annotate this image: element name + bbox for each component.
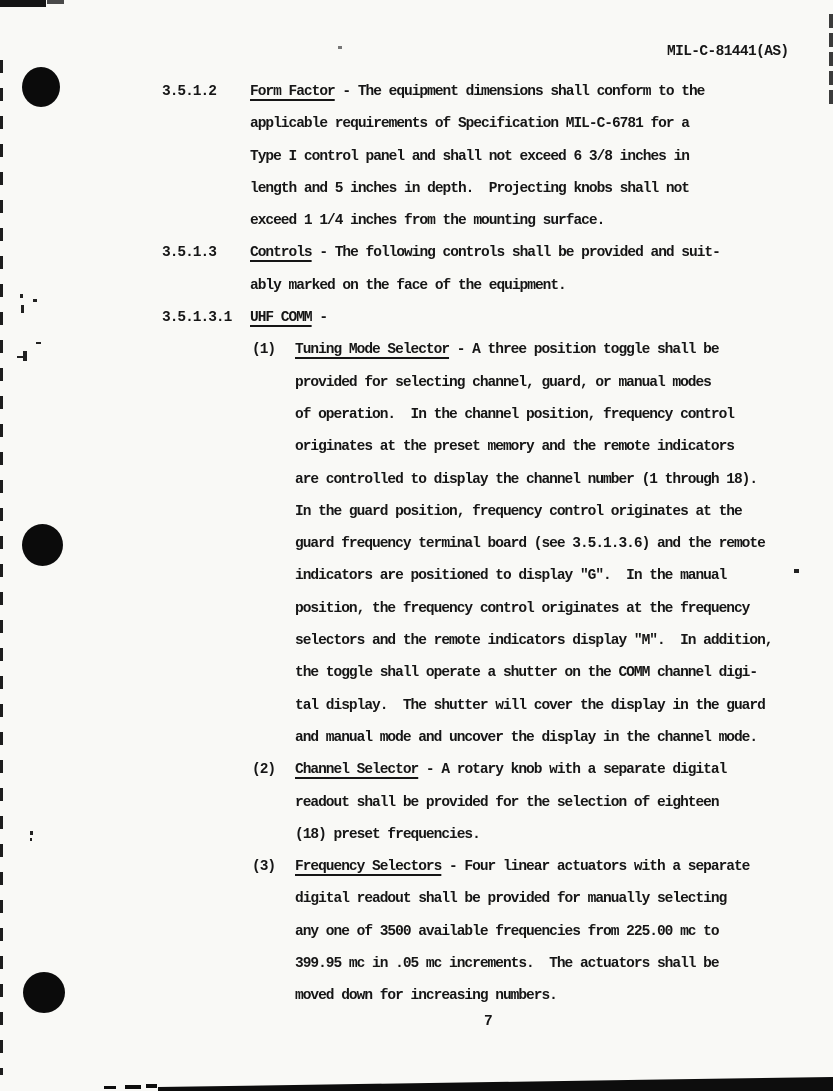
section-number: 3.5.1.2: [162, 76, 250, 237]
text-line: applicable requirements of Specification…: [250, 108, 802, 140]
list-item-title-rest: - Four linear actuators with a separate: [441, 859, 749, 875]
section-form-factor: 3.5.1.2 Form Factor - The equipment dime…: [162, 76, 802, 237]
text-line: selectors and the remote indicators disp…: [295, 625, 802, 657]
text-line: Frequency Selectors - Four linear actuat…: [295, 851, 802, 883]
text-line: position, the frequency control originat…: [295, 593, 802, 625]
text-line: any one of 3500 available frequencies fr…: [295, 916, 802, 948]
list-item-text: Channel Selector - A rotary knob with a …: [295, 754, 802, 851]
section-number: 3.5.1.3: [162, 237, 250, 302]
scan-artifact-top-bar: [0, 0, 46, 7]
document-body: 3.5.1.2 Form Factor - The equipment dime…: [162, 76, 802, 1013]
numbered-list: (1) Tuning Mode Selector - A three posit…: [252, 334, 802, 1012]
text-line: Tuning Mode Selector - A three position …: [295, 334, 802, 366]
section-title: Controls: [250, 245, 312, 261]
text-line: are controlled to display the channel nu…: [295, 464, 802, 496]
list-item-title: Channel Selector: [295, 762, 418, 778]
scan-speck: [33, 299, 37, 302]
text-line: Channel Selector - A rotary knob with a …: [295, 754, 802, 786]
section-title-rest: - The following controls shall be provid…: [312, 245, 720, 261]
section-title: Form Factor: [250, 84, 335, 100]
hole-punch-icon: [22, 67, 60, 107]
scan-speck: [20, 294, 23, 298]
text-line: Controls - The following controls shall …: [250, 237, 802, 269]
hole-punch-icon: [22, 524, 63, 566]
text-line: ably marked on the face of the equipment…: [250, 270, 802, 302]
list-item-text: Tuning Mode Selector - A three position …: [295, 334, 802, 754]
text-line: (18) preset frequencies.: [295, 819, 802, 851]
section-title: UHF COMM: [250, 310, 312, 326]
scan-speck: [30, 831, 33, 835]
text-line: guard frequency terminal board (see 3.5.…: [295, 528, 802, 560]
text-line: Type I control panel and shall not excee…: [250, 141, 802, 173]
text-line: exceed 1 1/4 inches from the mounting su…: [250, 205, 802, 237]
text-line: length and 5 inches in depth. Projecting…: [250, 173, 802, 205]
text-line: provided for selecting channel, guard, o…: [295, 367, 802, 399]
list-item-title: Tuning Mode Selector: [295, 342, 449, 358]
list-item-title: Frequency Selectors: [295, 859, 441, 875]
text-line: In the guard position, frequency control…: [295, 496, 802, 528]
text-line: indicators are positioned to display "G"…: [295, 560, 802, 592]
section-number: 3.5.1.3.1: [162, 302, 250, 334]
text-line: 399.95 mc in .05 mc increments. The actu…: [295, 948, 802, 980]
scanned-document-page: MIL-C-81441(AS) 3.5.1.2 Form Factor - Th…: [0, 0, 833, 1091]
section-text: Controls - The following controls shall …: [250, 237, 802, 302]
section-uhf-comm: 3.5.1.3.1 UHF COMM -: [162, 302, 802, 334]
list-item-marker: (3): [252, 851, 295, 1012]
text-line: digital readout shall be provided for ma…: [295, 883, 802, 915]
right-edge-dashed-line: [829, 14, 833, 106]
scan-speck: [23, 351, 27, 361]
scan-speck: [36, 342, 41, 344]
list-item-title-rest: - A three position toggle shall be: [449, 342, 719, 358]
list-item-channel-selector: (2) Channel Selector - A rotary knob wit…: [252, 754, 802, 851]
text-line: originates at the preset memory and the …: [295, 431, 802, 463]
scan-artifact-bottom-bar: [0, 1070, 833, 1091]
left-edge-dashed-line: [0, 60, 3, 1075]
scan-speck: [21, 305, 24, 313]
scan-artifact-top-bar-fragment: [47, 0, 64, 4]
section-title-rest: -: [312, 310, 327, 326]
text-line: tal display. The shutter will cover the …: [295, 690, 802, 722]
text-line: and manual mode and uncover the display …: [295, 722, 802, 754]
text-line: of operation. In the channel position, f…: [295, 399, 802, 431]
section-title-rest: - The equipment dimensions shall conform…: [335, 84, 705, 100]
text-line: readout shall be provided for the select…: [295, 787, 802, 819]
section-text: Form Factor - The equipment dimensions s…: [250, 76, 802, 237]
list-item-frequency-selectors: (3) Frequency Selectors - Four linear ac…: [252, 851, 802, 1012]
scan-speck: [30, 838, 32, 841]
list-item-marker: (1): [252, 334, 295, 754]
list-item-marker: (2): [252, 754, 295, 851]
text-line: Form Factor - The equipment dimensions s…: [250, 76, 802, 108]
text-line: UHF COMM -: [250, 302, 802, 334]
page-number: 7: [484, 1012, 493, 1032]
section-controls: 3.5.1.3 Controls - The following control…: [162, 237, 802, 302]
list-item-title-rest: - A rotary knob with a separate digital: [418, 762, 726, 778]
section-text: UHF COMM -: [250, 302, 802, 334]
text-line: moved down for increasing numbers.: [295, 980, 802, 1012]
text-line: the toggle shall operate a shutter on th…: [295, 657, 802, 689]
scan-speck: [338, 46, 342, 49]
hole-punch-icon: [23, 972, 65, 1013]
spec-number: MIL-C-81441(AS): [667, 42, 789, 62]
list-item-text: Frequency Selectors - Four linear actuat…: [295, 851, 802, 1012]
list-item-tuning-mode-selector: (1) Tuning Mode Selector - A three posit…: [252, 334, 802, 754]
